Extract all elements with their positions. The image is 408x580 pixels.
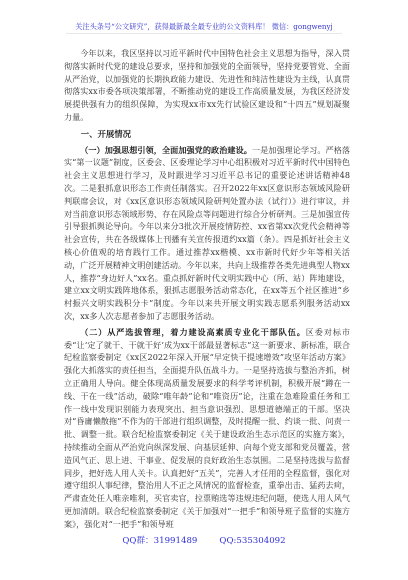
- document-body: 今年以来，我区坚持以习近平新时代中国特色社会主义思想为指导，深入贯彻落实新时代党…: [64, 47, 350, 530]
- page-footer: QQ群：31991489QQ:535304092: [0, 535, 408, 547]
- qq-number: QQ:535304092: [219, 535, 285, 547]
- header-notice: 关注头条号“公文研究”，获得最新最全最专业的公文资料库！ 微信：gongweny…: [0, 22, 408, 32]
- section-1-body: 一是加强理论学习。严格落实“第一议题”制度，区委会、区委理论学习中心组积极对习近…: [64, 145, 350, 321]
- qq-group-number: QQ群：31991489: [122, 535, 197, 547]
- header-divider: [66, 33, 342, 34]
- intro-paragraph: 今年以来，我区坚持以习近平新时代中国特色社会主义思想为指导，深入贯彻落实新时代党…: [64, 47, 350, 124]
- section-heading: 一、开展情况: [64, 128, 350, 141]
- section-2-lead: （二）从严选拔管理，着力建设高素质专业化干部队伍。: [80, 327, 306, 337]
- section-2-body: 区委对标市委“让‘定了就干、干就干好’成为xx干部最显著标志”这一新要求、新标准…: [64, 327, 350, 529]
- section-1-lead: （一）加强思想引领，全面加强党的政治建设。: [80, 145, 252, 155]
- section-paragraph-1: （一）加强思想引领，全面加强党的政治建设。一是加强理论学习。严格落实“第一议题”…: [64, 144, 350, 323]
- section-paragraph-2: （二）从严选拔管理，着力建设高素质专业化干部队伍。区委对标市委“让‘定了就干、干…: [64, 326, 350, 531]
